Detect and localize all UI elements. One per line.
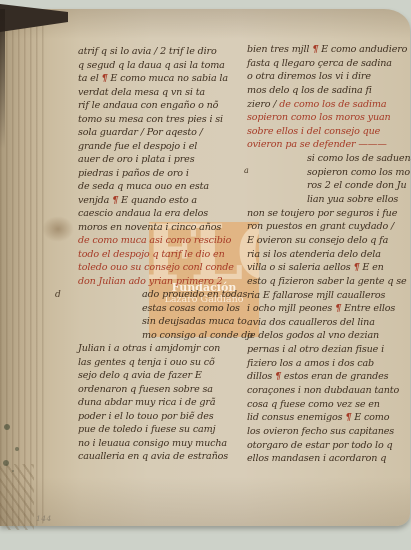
manuscript-line: estas cosas como los bbox=[78, 302, 253, 316]
text-segment: E como muca no sabia la bbox=[108, 73, 228, 84]
manuscript-line: atrif q si lo avia / 2 trif le diro bbox=[78, 45, 253, 59]
manuscript-line: las gentes q tenja i ouo su cõ bbox=[78, 356, 253, 370]
text-segment: dillos bbox=[247, 371, 275, 382]
text-segment: mos delo q los de sadina fi bbox=[247, 85, 372, 96]
text-segment: auer de oro i plata i pres bbox=[78, 154, 195, 165]
text-segment: de como los de sadima bbox=[279, 99, 386, 110]
text-segment: sejo delo q avia de fazer E bbox=[78, 370, 202, 381]
manuscript-line: sejo delo q avia de fazer E bbox=[78, 369, 253, 383]
text-segment: non se toujero por seguros i fue bbox=[247, 208, 397, 219]
text-segment: ziero / bbox=[247, 99, 279, 110]
manuscript-line: ron puestos en grant cuydado / bbox=[247, 220, 411, 234]
text-segment: villa o si saleria aellos bbox=[247, 262, 353, 273]
text-segment: bien tres mjll bbox=[247, 44, 312, 55]
manuscript-line: cosa q fuese como vez se en bbox=[247, 398, 411, 412]
text-segment: Julian i a otras i amjdomjr con bbox=[78, 343, 220, 354]
text-segment: cosa q fuese como vez se en bbox=[247, 399, 380, 410]
manuscript-line: toledo ouo su consejo conl conde bbox=[78, 261, 253, 275]
text-segment: sopieron como los moros yuan bbox=[247, 112, 391, 123]
leaf-edges-corner bbox=[0, 464, 34, 530]
text-segment: venjda bbox=[78, 195, 112, 206]
text-segment: tomo su mesa con tres pies i si bbox=[78, 114, 223, 125]
text-segment: no i leuaua consigo muy mucha bbox=[78, 438, 227, 449]
text-segment: caescio andaua la era delos bbox=[78, 208, 208, 219]
text-segment: pue de toledo i fuese su camj bbox=[78, 424, 215, 435]
manuscript-line: non se toujero por seguros i fue bbox=[247, 207, 411, 221]
text-segment: E en bbox=[359, 262, 383, 273]
text-segment: rif le andaua con engaño o nõ bbox=[78, 100, 218, 111]
text-segment: E como andudiero bbox=[318, 44, 407, 55]
text-segment: mo consigo al conde do bbox=[142, 330, 253, 341]
manuscript-line: je delos godos al vno dezian bbox=[247, 329, 411, 343]
text-segment: estos eran de grandes bbox=[281, 371, 388, 382]
manuscript-line: o otra diremos los vi i dire bbox=[247, 70, 411, 84]
manuscript-line: mos delo q los de sadina fi bbox=[247, 84, 411, 98]
manuscript-line: no i leuaua consigo muy mucha bbox=[78, 437, 253, 451]
text-segment: E quando esto a bbox=[118, 195, 197, 206]
manuscript-line: venjda ¶ E quando esto a bbox=[78, 194, 253, 208]
manuscript-line: rif le andaua con engaño o nõ bbox=[78, 99, 253, 113]
manuscript-line: caualleria en q avia de estraños bbox=[78, 450, 253, 464]
text-segment: pernas i al otro dezian fisue i bbox=[247, 344, 384, 355]
text-segment: o otra diremos los vi i dire bbox=[247, 71, 371, 82]
text-segment: lian yua sobre ellos bbox=[307, 194, 398, 205]
text-segment: ta el bbox=[78, 73, 102, 84]
manuscript-line: coraçones i non dubdauan tanto bbox=[247, 384, 411, 398]
manuscript-line: dillos ¶ estos eran de grandes bbox=[247, 370, 411, 384]
manuscript-line: ta el ¶ E como muca no sabia la bbox=[78, 72, 253, 86]
text-segment: estas cosas como los bbox=[142, 303, 240, 314]
manuscript-line: ellos mandasen i acordaron q bbox=[247, 452, 411, 466]
text-segment: ovieron pa se defender ——— bbox=[247, 139, 387, 150]
text-segment: ron puestos en grant cuydado / bbox=[247, 221, 394, 232]
text-segment: de como muca asi como rescibio bbox=[78, 235, 231, 246]
text-segment: E ovieron su consejo delo q fa bbox=[247, 235, 388, 246]
text-segment: ellos mandasen i acordaron q bbox=[247, 453, 386, 464]
manuscript-line: ovieron pa se defender ——— bbox=[247, 138, 411, 152]
mold-specks bbox=[4, 424, 10, 430]
folio-number: 144 bbox=[36, 514, 52, 523]
manuscript-line: de como muca asi como rescibio bbox=[78, 234, 253, 248]
manuscript-line: piedras i paños de oro i bbox=[78, 167, 253, 181]
manuscript-line: ria E fallarose mjll caualleros bbox=[247, 289, 411, 303]
manuscript-line: Julian i a otras i amjdomjr con bbox=[78, 342, 253, 356]
manuscript-line: ria si los atenderia delo dela bbox=[247, 248, 411, 262]
text-segment: los ovieron fecho sus capitanes bbox=[247, 426, 394, 437]
text-segment: je delos godos al vno dezian bbox=[247, 330, 379, 341]
text-segment: grande fue el despojo i el bbox=[78, 141, 197, 152]
manuscript-line: caescio andaua la era delos bbox=[78, 207, 253, 221]
text-segment: piedras i paños de oro i bbox=[78, 168, 189, 179]
manuscript-line: pue de toledo i fuese su camj bbox=[78, 423, 253, 437]
manuscript-line: avia dos caualleros del lina bbox=[247, 316, 411, 330]
manuscript-line: don Julian ado yrian primero 2 bbox=[78, 275, 253, 289]
manuscript-line: villa o si saleria aellos ¶ E en bbox=[247, 261, 411, 275]
manuscript-line: de seda q muca ouo en esta bbox=[78, 180, 253, 194]
manuscript-line: los ovieron fecho sus capitanes bbox=[247, 425, 411, 439]
text-segment: sobre ellos i del consejo que bbox=[247, 126, 380, 137]
text-segment: las gentes q tenja i ouo su cõ bbox=[78, 357, 215, 368]
manuscript-line: mo consigo al conde do bbox=[78, 329, 253, 343]
text-segment: atrif q si lo avia / 2 trif le diro bbox=[78, 46, 217, 57]
manuscript-line: ordenaron q fuesen sobre sa bbox=[78, 383, 253, 397]
manuscript-line: tomo su mesa con tres pies i si bbox=[78, 113, 253, 127]
spine-edge bbox=[0, 9, 5, 149]
text-segment: si como los de saduena bbox=[307, 153, 411, 164]
text-segment: i ocho mjll peones bbox=[247, 303, 335, 314]
text-segment: ros 2 el conde don Ju bbox=[307, 180, 407, 191]
manuscript-line: auer de oro i plata i pres bbox=[78, 153, 253, 167]
parchment-stain bbox=[42, 216, 74, 242]
text-segment: E como bbox=[351, 412, 389, 423]
text-segment: otorgaro de estar por todo lo q bbox=[247, 440, 392, 451]
manuscript-line: todo el despojo q tarif le dio en bbox=[78, 248, 253, 262]
text-segment: sola guardar / Por aqesto / bbox=[78, 127, 203, 138]
text-segment: avia dos caualleros del lina bbox=[247, 317, 375, 328]
text-segment: esto q fizieron saber la gente q se bbox=[247, 276, 407, 287]
manuscript-line: ado proueido en todas bbox=[78, 288, 253, 302]
text-segment: q segud q la daua q asi la toma bbox=[78, 60, 225, 71]
text-segment: moros en noventa i cinco años bbox=[78, 222, 221, 233]
manuscript-line: bien tres mjll ¶ E como andudiero bbox=[247, 43, 411, 57]
manuscript-line: ziero / de como los de sadima bbox=[247, 98, 411, 112]
text-segment: todo el despojo q tarif le dio en bbox=[78, 249, 225, 260]
manuscript-line: E ovieron su consejo delo q fa bbox=[247, 234, 411, 248]
manuscript-line: lid consus enemigos ¶ E como bbox=[247, 411, 411, 425]
manuscript-line: lian yua sobre ellos bbox=[247, 193, 411, 207]
manuscript-line: pernas i al otro dezian fisue i bbox=[247, 343, 411, 357]
manuscript-line: q segud q la daua q asi la toma bbox=[78, 59, 253, 73]
manuscript-line: si como los de saduena bbox=[247, 152, 411, 166]
guide-letter-right: a bbox=[244, 166, 249, 175]
right-column: bien tres mjll ¶ E como andudierofasta q… bbox=[247, 43, 411, 466]
manuscript-line: verdat dela mesa q vn si ta bbox=[78, 86, 253, 100]
text-segment: fiziero los a amos i dos cab bbox=[247, 358, 374, 369]
guide-letter-left: d bbox=[55, 290, 61, 300]
manuscript-line: i ocho mjll peones ¶ Entre ellos bbox=[247, 302, 411, 316]
manuscript-line: sola guardar / Por aqesto / bbox=[78, 126, 253, 140]
text-segment: fasta q llegaro çerca de sadina bbox=[247, 58, 392, 69]
text-segment: sin deujsadas muca to bbox=[142, 316, 247, 327]
text-segment: don Julian ado yrian primero 2 bbox=[78, 276, 223, 287]
text-segment: ado proueido en todas bbox=[142, 289, 247, 300]
text-segment: de seda q muca ouo en esta bbox=[78, 181, 209, 192]
text-segment: lid consus enemigos bbox=[247, 412, 345, 423]
text-segment: coraçones i non dubdauan tanto bbox=[247, 385, 399, 396]
text-segment: ordenaron q fuesen sobre sa bbox=[78, 384, 213, 395]
manuscript-line: fasta q llegaro çerca de sadina bbox=[247, 57, 411, 71]
manuscript-line: duna abdar muy rica i de grã bbox=[78, 396, 253, 410]
manuscript-line: otorgaro de estar por todo lo q bbox=[247, 439, 411, 453]
manuscript-line: grande fue el despojo i el bbox=[78, 140, 253, 154]
manuscript-line: sin deujsadas muca to bbox=[78, 315, 253, 329]
text-segment: duna abdar muy rica i de grã bbox=[78, 397, 215, 408]
text-segment: Entre ellos bbox=[341, 303, 395, 314]
manuscript-line: sobre ellos i del consejo que bbox=[247, 125, 411, 139]
manuscript-line: fiziero los a amos i dos cab bbox=[247, 357, 411, 371]
manuscript-line: ros 2 el conde don Ju bbox=[247, 179, 411, 193]
text-segment: poder i el lo touo por biẽ des bbox=[78, 411, 214, 422]
manuscript-line: esto q fizieron saber la gente q se bbox=[247, 275, 411, 289]
manuscript-line: poder i el lo touo por biẽ des bbox=[78, 410, 253, 424]
manuscript-line: sopieron como los mo bbox=[247, 166, 411, 180]
text-segment: toledo ouo su consejo conl conde bbox=[78, 262, 234, 273]
text-segment: caualleria en q avia de estraños bbox=[78, 451, 228, 462]
text-segment: ria E fallarose mjll caualleros bbox=[247, 290, 385, 301]
text-segment: sopieron como los mo bbox=[307, 167, 410, 178]
left-column: atrif q si lo avia / 2 trif le diroq seg… bbox=[78, 45, 253, 464]
text-segment: verdat dela mesa q vn si ta bbox=[78, 87, 205, 98]
text-segment: ria si los atenderia delo dela bbox=[247, 249, 381, 260]
manuscript-line: sopieron como los moros yuan bbox=[247, 111, 411, 125]
manuscript-line: moros en noventa i cinco años bbox=[78, 221, 253, 235]
